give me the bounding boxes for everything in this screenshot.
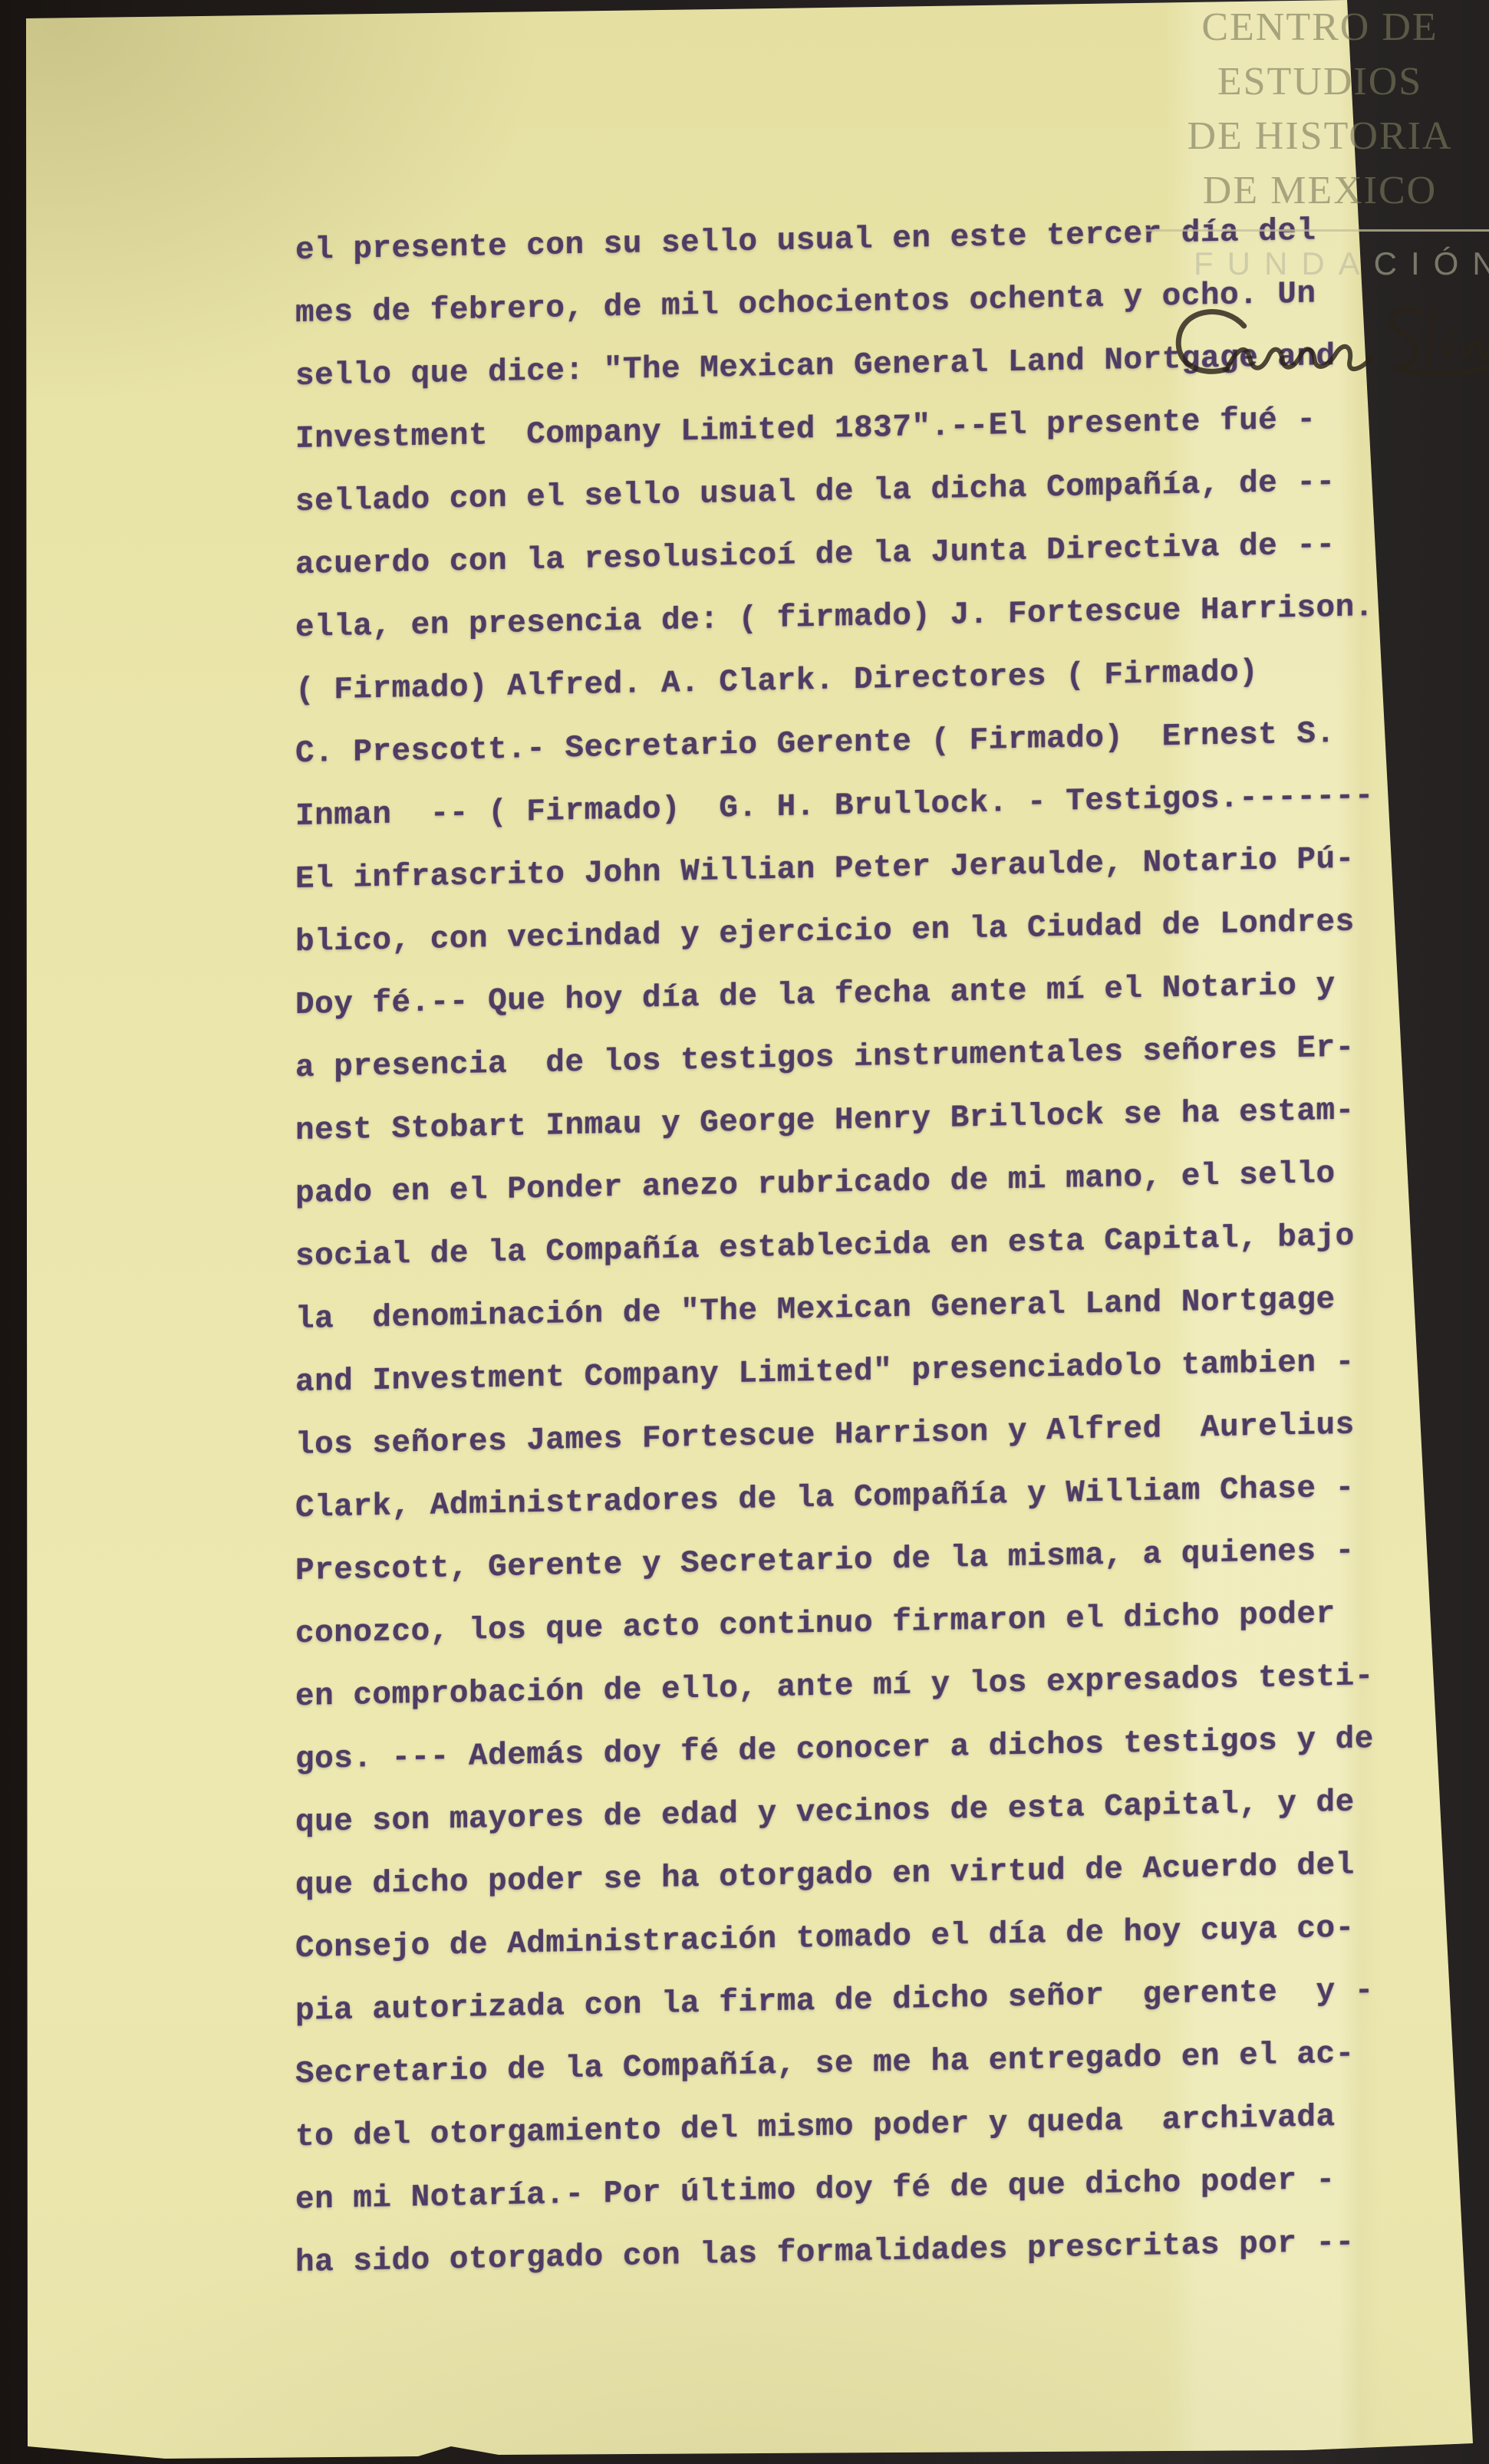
watermark-line: CENTRO DE (1151, 0, 1489, 54)
watermark-divider-line (1146, 229, 1489, 232)
typewritten-text-block: el presente con su sello usual en este t… (295, 198, 1415, 2295)
foundation-watermark-label: FUNDACIÓN (1194, 245, 1489, 282)
watermark-line: ESTUDIOS (1151, 54, 1489, 109)
scanned-document-page: el presente con su sello usual en este t… (0, 0, 1489, 2464)
archive-watermark: CENTRO DEESTUDIOSDE HISTORIADE MEXICO (1151, 0, 1489, 218)
signature-carlos-slim (1152, 296, 1489, 397)
watermark-line: DE MEXICO (1151, 163, 1489, 218)
signature-strokes (1152, 296, 1489, 397)
watermark-line: DE HISTORIA (1151, 109, 1489, 163)
